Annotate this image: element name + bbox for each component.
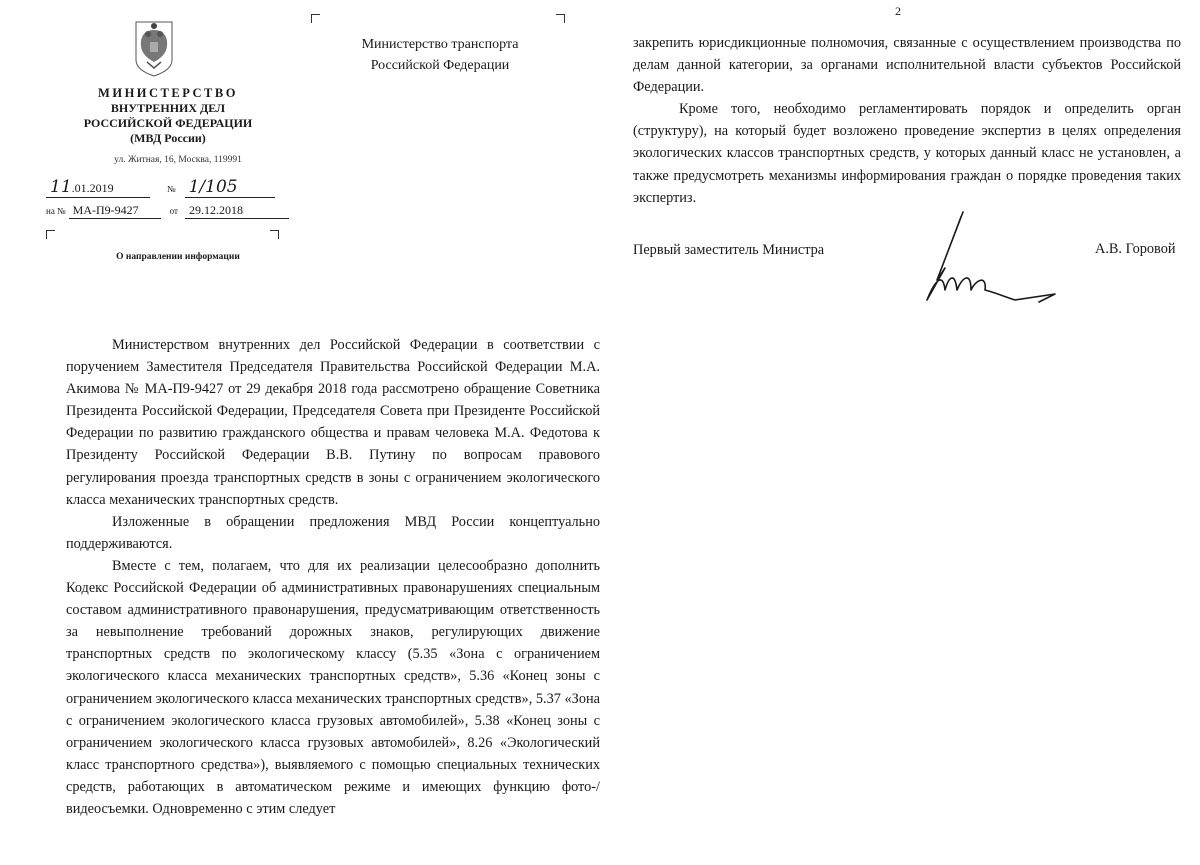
from-label: от bbox=[170, 206, 178, 216]
outgoing-date: 1111.01.2019.01.2019 bbox=[46, 177, 150, 198]
ministry-line: МИНИСТЕРСТВО bbox=[78, 86, 258, 101]
outgoing-registration: 1111.01.2019.01.2019 № 1/105 bbox=[46, 177, 275, 198]
outgoing-number: 1/105 bbox=[185, 177, 275, 198]
ministry-line: ВНУТРЕННИХ ДЕЛ bbox=[78, 101, 258, 116]
addressee-block: Министерство транспорта Российской Федер… bbox=[330, 34, 550, 76]
page-number: 2 bbox=[895, 4, 901, 19]
corner-mark-icon bbox=[270, 230, 279, 239]
handwritten-signature-icon bbox=[915, 210, 1085, 310]
ministry-address: ул. Житная, 16, Москва, 119991 bbox=[78, 155, 278, 165]
letter-subject: О направлении информации bbox=[78, 252, 278, 262]
reply-to-date: 29.12.2018 bbox=[185, 203, 289, 219]
body-paragraph: Вместе с тем, полагаем, что для их реали… bbox=[66, 555, 600, 820]
signatory-name: А.В. Горовой bbox=[1095, 241, 1176, 258]
reply-to-label: на № bbox=[46, 206, 66, 216]
body-paragraph: закрепить юрисдикционные полномочия, свя… bbox=[633, 32, 1181, 98]
addressee-line: Российской Федерации bbox=[330, 55, 550, 76]
ministry-name: МИНИСТЕРСТВО ВНУТРЕННИХ ДЕЛ РОССИЙСКОЙ Ф… bbox=[78, 86, 258, 146]
reply-to-number: МА-П9-9427 bbox=[69, 203, 161, 219]
letter-body-page-2: закрепить юрисдикционные полномочия, свя… bbox=[633, 32, 1181, 209]
ministry-line: (МВД России) bbox=[78, 131, 258, 146]
letter-body-page-1: Министерством внутренних дел Российской … bbox=[66, 334, 600, 820]
body-paragraph: Кроме того, необходимо регламентировать … bbox=[633, 98, 1181, 208]
corner-mark-icon bbox=[556, 14, 565, 23]
number-label: № bbox=[167, 184, 176, 194]
corner-mark-icon bbox=[311, 14, 320, 23]
body-paragraph: Изложенные в обращении предложения МВД Р… bbox=[66, 511, 600, 555]
signatory-title: Первый заместитель Министра bbox=[633, 242, 824, 259]
addressee-line: Министерство транспорта bbox=[330, 34, 550, 55]
corner-mark-icon bbox=[46, 230, 55, 239]
coat-of-arms-icon bbox=[133, 16, 175, 78]
reply-reference: на № МА-П9-9427 от 29.12.2018 bbox=[46, 203, 289, 219]
body-paragraph: Министерством внутренних дел Российской … bbox=[66, 334, 600, 511]
ministry-line: РОССИЙСКОЙ ФЕДЕРАЦИИ bbox=[78, 116, 258, 131]
